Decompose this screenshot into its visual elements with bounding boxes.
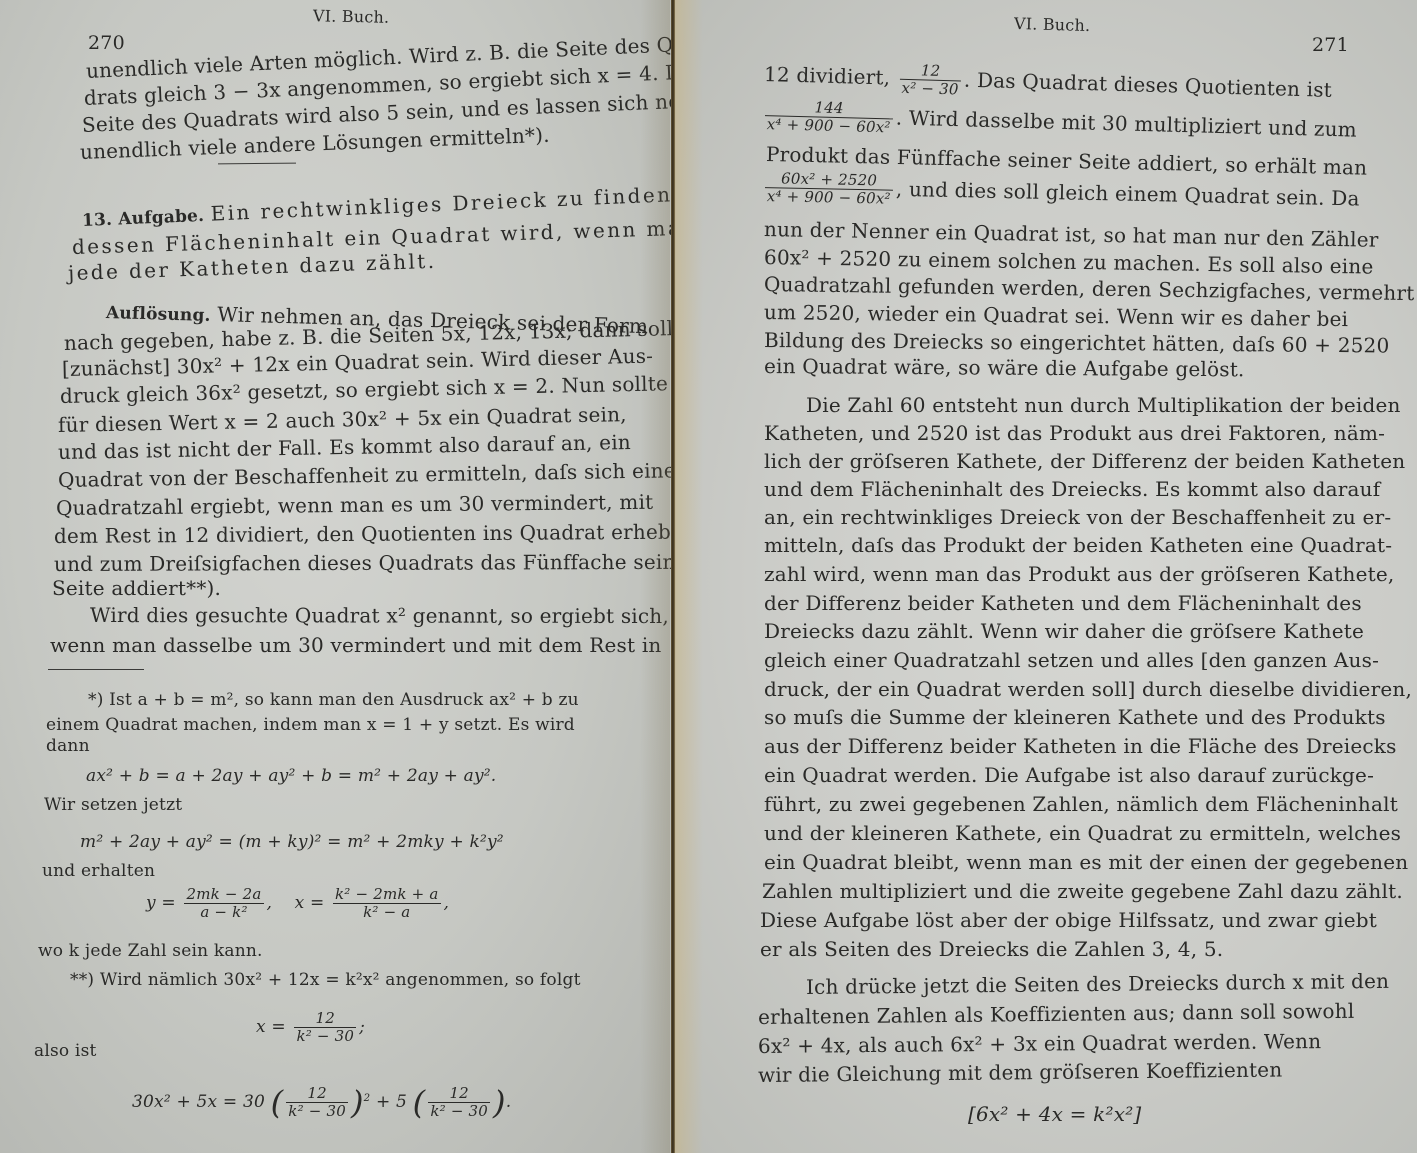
footnote-equation: ax² + b = a + 2ay + ay² + b = m² + 2ay +… [86, 766, 496, 786]
footnote-equation-final: 30x² + 5x = 30 (12k² − 30)2 + 5 (12k² − … [132, 1085, 511, 1120]
text-line: Bildung des Dreiecks so eingerichtet hät… [764, 329, 1390, 356]
footnote-equation-x: x = 12k² − 30; [256, 1010, 365, 1045]
text-line: Wird dies gesuchte Quadrat x² genannt, s… [90, 604, 669, 627]
text-line: mitteln, daſs das Produkt der beiden Kat… [764, 534, 1392, 556]
text-line: druck, der ein Quadrat werden soll] durc… [764, 678, 1412, 700]
text-line: an, ein rechtwinkliges Dreieck von der B… [764, 506, 1391, 528]
right-page: VI. Buch. 271 12 dividiert, 12x² − 30. D… [676, 0, 1417, 1153]
solution-label: Auflösung. [106, 303, 211, 326]
text-line: der Differenz beider Katheten und dem Fl… [764, 592, 1362, 614]
text-line: und zum Dreiſsigfachen dieses Quadrats d… [54, 551, 672, 575]
text-line: Dreiecks dazu zählt. Wenn wir daher die … [764, 620, 1364, 642]
text-line: Katheten, und 2520 ist das Produkt aus d… [764, 422, 1385, 444]
footnote-line: **) Wird nämlich 30x² + 12x = k²x² angen… [70, 970, 581, 990]
footnote-line: dann [46, 736, 90, 756]
footnote-line: einem Quadrat machen, indem man x = 1 + … [46, 715, 575, 735]
text-line: erhaltenen Zahlen als Koeffizienten aus;… [758, 1000, 1355, 1028]
display-equation: [6x² + 4x = k²x²] [968, 1103, 1141, 1125]
text-line: ein Quadrat werden. Die Aufgabe ist also… [764, 764, 1374, 786]
footnote-line: wo k jede Zahl sein kann. [38, 941, 263, 961]
text-line: er als Seiten des Dreiecks die Zahlen 3,… [760, 938, 1223, 960]
text-line: aus der Differenz beider Katheten in die… [764, 735, 1397, 757]
footnote-line: und erhalten [42, 861, 155, 881]
text-line: lich der gröſseren Kathete, der Differen… [764, 450, 1405, 472]
text-line: Die Zahl 60 entsteht nun durch Multiplik… [806, 394, 1401, 416]
text-line: und dem Flächeninhalt des Dreiecks. Es k… [764, 478, 1380, 500]
text-line: Seite addiert**). [52, 577, 221, 599]
text-line: ein Quadrat wäre, so wäre die Aufgabe ge… [764, 355, 1245, 380]
text-line: 6x² + 4x, als auch 6x² + 3x ein Quadrat … [758, 1030, 1321, 1057]
footnote-line: *) Ist a + b = m², so kann man den Ausdr… [88, 690, 579, 710]
gutter-shadow [675, 0, 703, 1153]
text-line: Quadrat von der Beschaffenheit zu ermitt… [58, 459, 672, 491]
page-curl-shadow [640, 0, 670, 1153]
running-head-left: VI. Buch. [313, 5, 390, 29]
section-divider [218, 163, 296, 165]
footnote-equation: m² + 2ay + ay² = (m + ky)² = m² + 2mky +… [80, 832, 504, 852]
text-line: Ich drücke jetzt die Seiten des Dreiecks… [806, 970, 1389, 998]
footnote-line: Wir setzen jetzt [44, 795, 182, 815]
text-line: und das ist nicht der Fall. Es kommt als… [58, 431, 631, 463]
problem-label: 13. Aufgabe. [82, 206, 205, 231]
text-line: gleich einer Quadratzahl setzen und alle… [764, 649, 1379, 671]
text-line: Diese Aufgabe löst aber der obige Hilfss… [760, 909, 1377, 931]
text-line: zahl wird, wenn man das Produkt aus der … [764, 563, 1394, 585]
text-line: so muſs die Summe der kleineren Kathete … [764, 706, 1386, 728]
footnote-divider [48, 669, 144, 670]
text-line: führt, zu zwei gegebenen Zahlen, nämlich… [764, 793, 1398, 815]
text-line: wir die Gleichung mit dem gröſseren Koef… [758, 1059, 1283, 1086]
running-head-right: VI. Buch. [1014, 13, 1091, 37]
page-number-right: 271 [1312, 34, 1349, 56]
text-line: um 2520, wieder ein Quadrat sei. Wenn wi… [764, 301, 1348, 330]
footnote-equation-fractions: y = 2mk − 2aa − k², x = k² − 2mk + ak² −… [146, 886, 449, 921]
text-line: dem Rest in 12 dividiert, den Quotienten… [54, 521, 672, 547]
text-line: Zahlen multipliziert und die zweite gege… [762, 880, 1403, 902]
text-line: Quadratzahl ergiebt, wenn man es um 30 v… [56, 491, 654, 519]
text-line: und der kleineren Kathete, ein Quadrat z… [764, 822, 1401, 844]
page-number-left: 270 [88, 32, 125, 54]
footnote-line: also ist [34, 1041, 97, 1061]
left-page: VI. Buch. 270 unendlich viele Arten mögl… [0, 0, 672, 1153]
text-line: wenn man dasselbe um 30 vermindert und m… [50, 634, 662, 656]
text-line: ein Quadrat bleibt, wenn man es mit der … [764, 851, 1408, 873]
